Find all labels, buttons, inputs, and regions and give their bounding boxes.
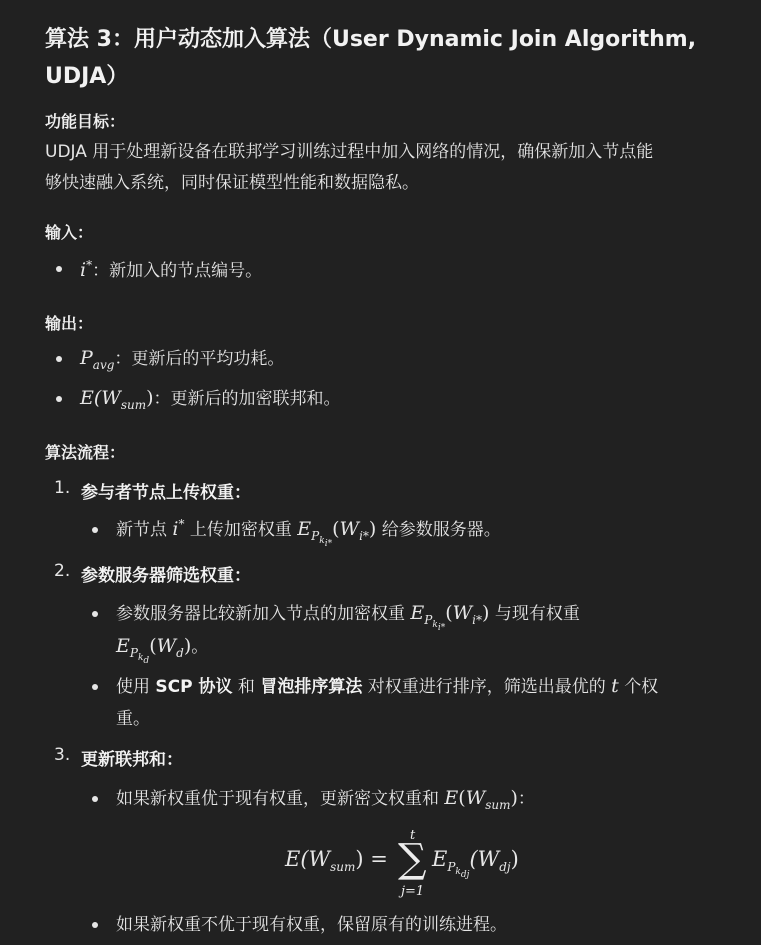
output-item-power: Pavg：更新后的平均功耗。	[80, 344, 284, 372]
sigma-symbol: ∑	[398, 836, 427, 882]
sum-lower-limit: j=1	[401, 884, 424, 899]
step-3-bullet-update: 如果新权重优于现有权重，更新密文权重和 E(Wsum)：	[116, 784, 535, 812]
goal-line-1: UDJA 用于处理新设备在联邦学习训练过程中加入网络的情况，确保新加入节点能	[45, 137, 653, 167]
step-2-bullet-compare: 参数服务器比较新加入节点的加密权重 EPki*(Wi*) 与现有权重	[116, 599, 580, 633]
bullet	[92, 527, 98, 533]
input-label: 输入：	[45, 220, 93, 243]
step-number: 3.	[54, 745, 70, 765]
page-title-continued: UDJA）	[45, 59, 128, 95]
step-title: 参与者节点上传权重：	[81, 478, 251, 503]
goal-line-2: 够快速融入系统，同时保证模型性能和数据隐私。	[45, 168, 419, 198]
step-3-bullet-keep: 如果新权重不优于现有权重，保留原有的训练进程。	[116, 910, 507, 935]
step-number: 2.	[54, 561, 70, 581]
step-title: 参数服务器筛选权重：	[81, 561, 251, 586]
step-title: 更新联邦和：	[81, 745, 183, 770]
flow-label: 算法流程：	[45, 440, 125, 463]
bullet	[56, 266, 62, 272]
input-item: i*：新加入的节点编号。	[80, 256, 262, 281]
formula-lhs: E(Wsum) =	[285, 847, 388, 874]
bullet	[56, 356, 62, 362]
step-2-bullet-sort-wrap: 重。	[116, 704, 150, 729]
bullet	[92, 796, 98, 802]
step-2-bullet-sort: 使用 SCP 协议 和 冒泡排序算法 对权重进行排序，筛选出最优的 t 个权	[116, 672, 658, 697]
step-2-bullet-compare-wrap: EPkd(Wd)。	[116, 632, 208, 666]
bullet	[92, 611, 98, 617]
formula-rhs: EPkdj(Wdj)	[432, 847, 519, 880]
step-number: 1.	[54, 478, 70, 498]
document: 算法 3：用户动态加入算法（User Dynamic Join Algorith…	[0, 0, 761, 945]
output-label: 输出：	[45, 311, 93, 334]
page-title: 算法 3：用户动态加入算法（User Dynamic Join Algorith…	[45, 22, 696, 58]
bullet	[92, 684, 98, 690]
bullet	[56, 396, 62, 402]
goal-label: 功能目标：	[45, 109, 125, 132]
output-item-sum: E(Wsum)：更新后的加密联邦和。	[80, 384, 341, 412]
bullet	[92, 922, 98, 928]
step-1-bullet: 新节点 i* 上传加密权重 EPki*(Wi*) 给参数服务器。	[116, 515, 501, 549]
